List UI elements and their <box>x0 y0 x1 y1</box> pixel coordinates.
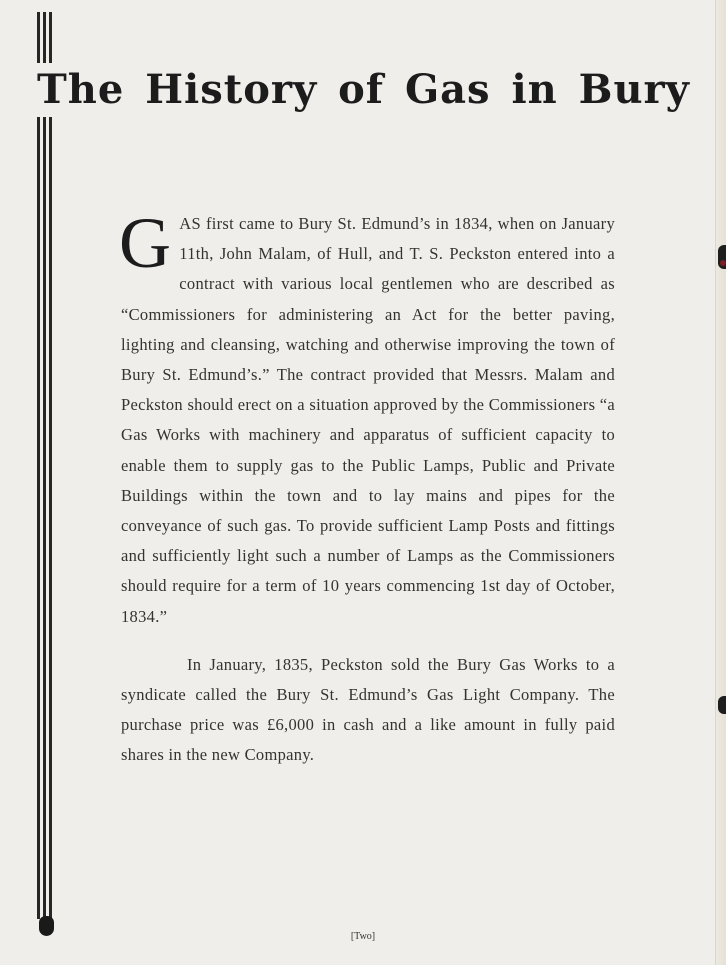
decorative-triple-rule-side <box>37 117 53 919</box>
paragraph-1-text: AS first came to Bury St. Edmund’s in 18… <box>121 214 615 626</box>
drop-cap: G <box>119 215 171 273</box>
paragraph-1: GAS first came to Bury St. Edmund’s in 1… <box>121 209 615 632</box>
rule-bar <box>37 12 40 63</box>
paragraph-2: In January, 1835, Peckston sold the Bury… <box>121 650 615 771</box>
rule-bar <box>37 117 40 919</box>
article-body: GAS first came to Bury St. Edmund’s in 1… <box>121 209 615 771</box>
rule-bar <box>49 12 52 63</box>
rule-bar <box>49 117 52 919</box>
rule-bar <box>43 12 46 63</box>
page-edge <box>715 0 726 965</box>
binding-hole <box>718 245 726 269</box>
decorative-triple-rule-top <box>37 12 53 63</box>
rule-bar <box>43 117 46 919</box>
binding-hole <box>718 696 726 714</box>
page-number: [Two] <box>0 931 726 942</box>
page-title: The History of Gas in Bury <box>37 63 690 117</box>
